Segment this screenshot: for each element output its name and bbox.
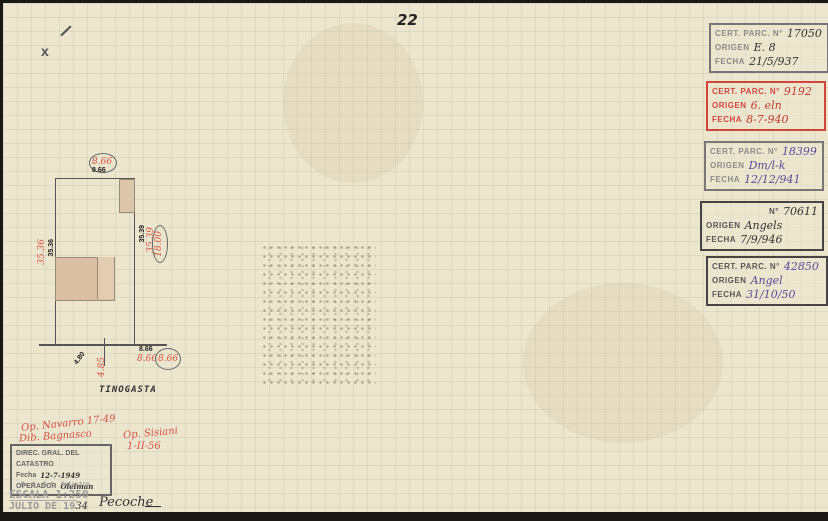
cert-number: 9192	[784, 85, 812, 99]
cert-number: 70611	[783, 205, 818, 219]
fecha-label: FECHA	[715, 55, 745, 69]
cert-label: N°	[769, 205, 779, 219]
operator-note-right-1: Op. Sisiani	[123, 426, 179, 442]
date-year: 34	[75, 501, 88, 512]
corner-mark-slash: /	[57, 21, 73, 41]
date-line: JULIO DE 19 34	[9, 501, 88, 512]
certificate-stamp-3: CERT. PARC. N°18399 ORIGENDm/l-k FECHA12…	[704, 141, 824, 191]
operator-note-right-2: 1-II-56	[127, 441, 161, 452]
right-measure-black: 35.39	[139, 225, 146, 243]
left-measure-black: 35.36	[48, 239, 55, 257]
origen-value: Angel	[751, 274, 783, 288]
cert-label: CERT. PARC. N°	[712, 85, 780, 99]
cert-label: CERT. PARC. N°	[715, 27, 783, 41]
cadastral-sheet: 22 / x CERT. PARC. N°17050 ORIGENE. 8 FE…	[3, 3, 828, 512]
fecha-label: FECHA	[712, 288, 742, 302]
certificate-stamp-1: CERT. PARC. N°17050 ORIGENE. 8 FECHA21/5…	[709, 23, 828, 73]
bottom-right-measure-black: 8.66	[139, 346, 153, 353]
fecha-value: 7/9/946	[740, 233, 782, 247]
fecha-value: 12-7-1949	[40, 470, 80, 481]
cert-label: CERT. PARC. N°	[710, 145, 778, 159]
institution-label: M. C. B.A. Catastro	[21, 481, 90, 488]
page-number: 22	[397, 11, 418, 29]
cert-label: CERT. PARC. N°	[712, 260, 780, 274]
fecha-label: FECHA	[712, 113, 742, 127]
bottom-right-oval-measure: 8.66	[158, 354, 178, 364]
building-annex	[119, 179, 135, 213]
erased-smudge	[261, 243, 376, 385]
origen-value: E. 8	[754, 41, 776, 55]
paper-stain	[283, 23, 423, 183]
origen-label: ORIGEN	[706, 219, 741, 233]
fecha-value: 21/5/937	[749, 55, 798, 69]
top-measure-red: 8.66	[92, 157, 112, 167]
origen-label: ORIGEN	[715, 41, 750, 55]
left-measure-red: 35.36	[37, 239, 47, 265]
building-section	[97, 257, 114, 299]
certificate-stamp-4: N°70611 ORIGENAngels FECHA7/9/946	[700, 201, 824, 251]
cert-number: 42850	[784, 260, 819, 274]
origen-value: Dm/l-k	[749, 159, 786, 173]
cert-number: 18399	[782, 145, 817, 159]
right-oval-measure: 18.00	[154, 231, 164, 257]
street-name: TINOGASTA	[99, 385, 157, 395]
bottom-left-measure: 4.80	[73, 351, 87, 366]
signature: Pecoche	[99, 495, 153, 510]
signature-dash	[145, 506, 161, 507]
fecha-value: 8-7-940	[746, 113, 788, 127]
fecha-label: FECHA	[706, 233, 736, 247]
cert-number: 17050	[787, 27, 822, 41]
corner-mark-x: x	[41, 43, 49, 59]
certificate-stamp-2: CERT. PARC. N°9192 ORIGEN6. eln FECHA8-7…	[706, 81, 826, 131]
fecha-label: Fecha	[16, 470, 36, 481]
origen-value: 6. eln	[751, 99, 782, 113]
origen-label: ORIGEN	[712, 274, 747, 288]
origen-label: ORIGEN	[710, 159, 745, 173]
paper-stain	[523, 283, 723, 443]
date-prefix: JULIO DE 19	[9, 501, 75, 512]
certificate-stamp-5: CERT. PARC. N°42850 ORIGENAngel FECHA31/…	[706, 256, 828, 306]
top-measure-black: 8.66	[92, 167, 106, 174]
fecha-value: 12/12/941	[744, 173, 800, 187]
office-stamp-title: DIREC. GRAL. DEL CATASTRO	[16, 448, 106, 470]
fecha-value: 31/10/50	[746, 288, 795, 302]
origen-label: ORIGEN	[712, 99, 747, 113]
bottom-mid-measure: 4.85	[97, 357, 107, 377]
fecha-label: FECHA	[710, 173, 740, 187]
origen-value: Angels	[745, 219, 783, 233]
